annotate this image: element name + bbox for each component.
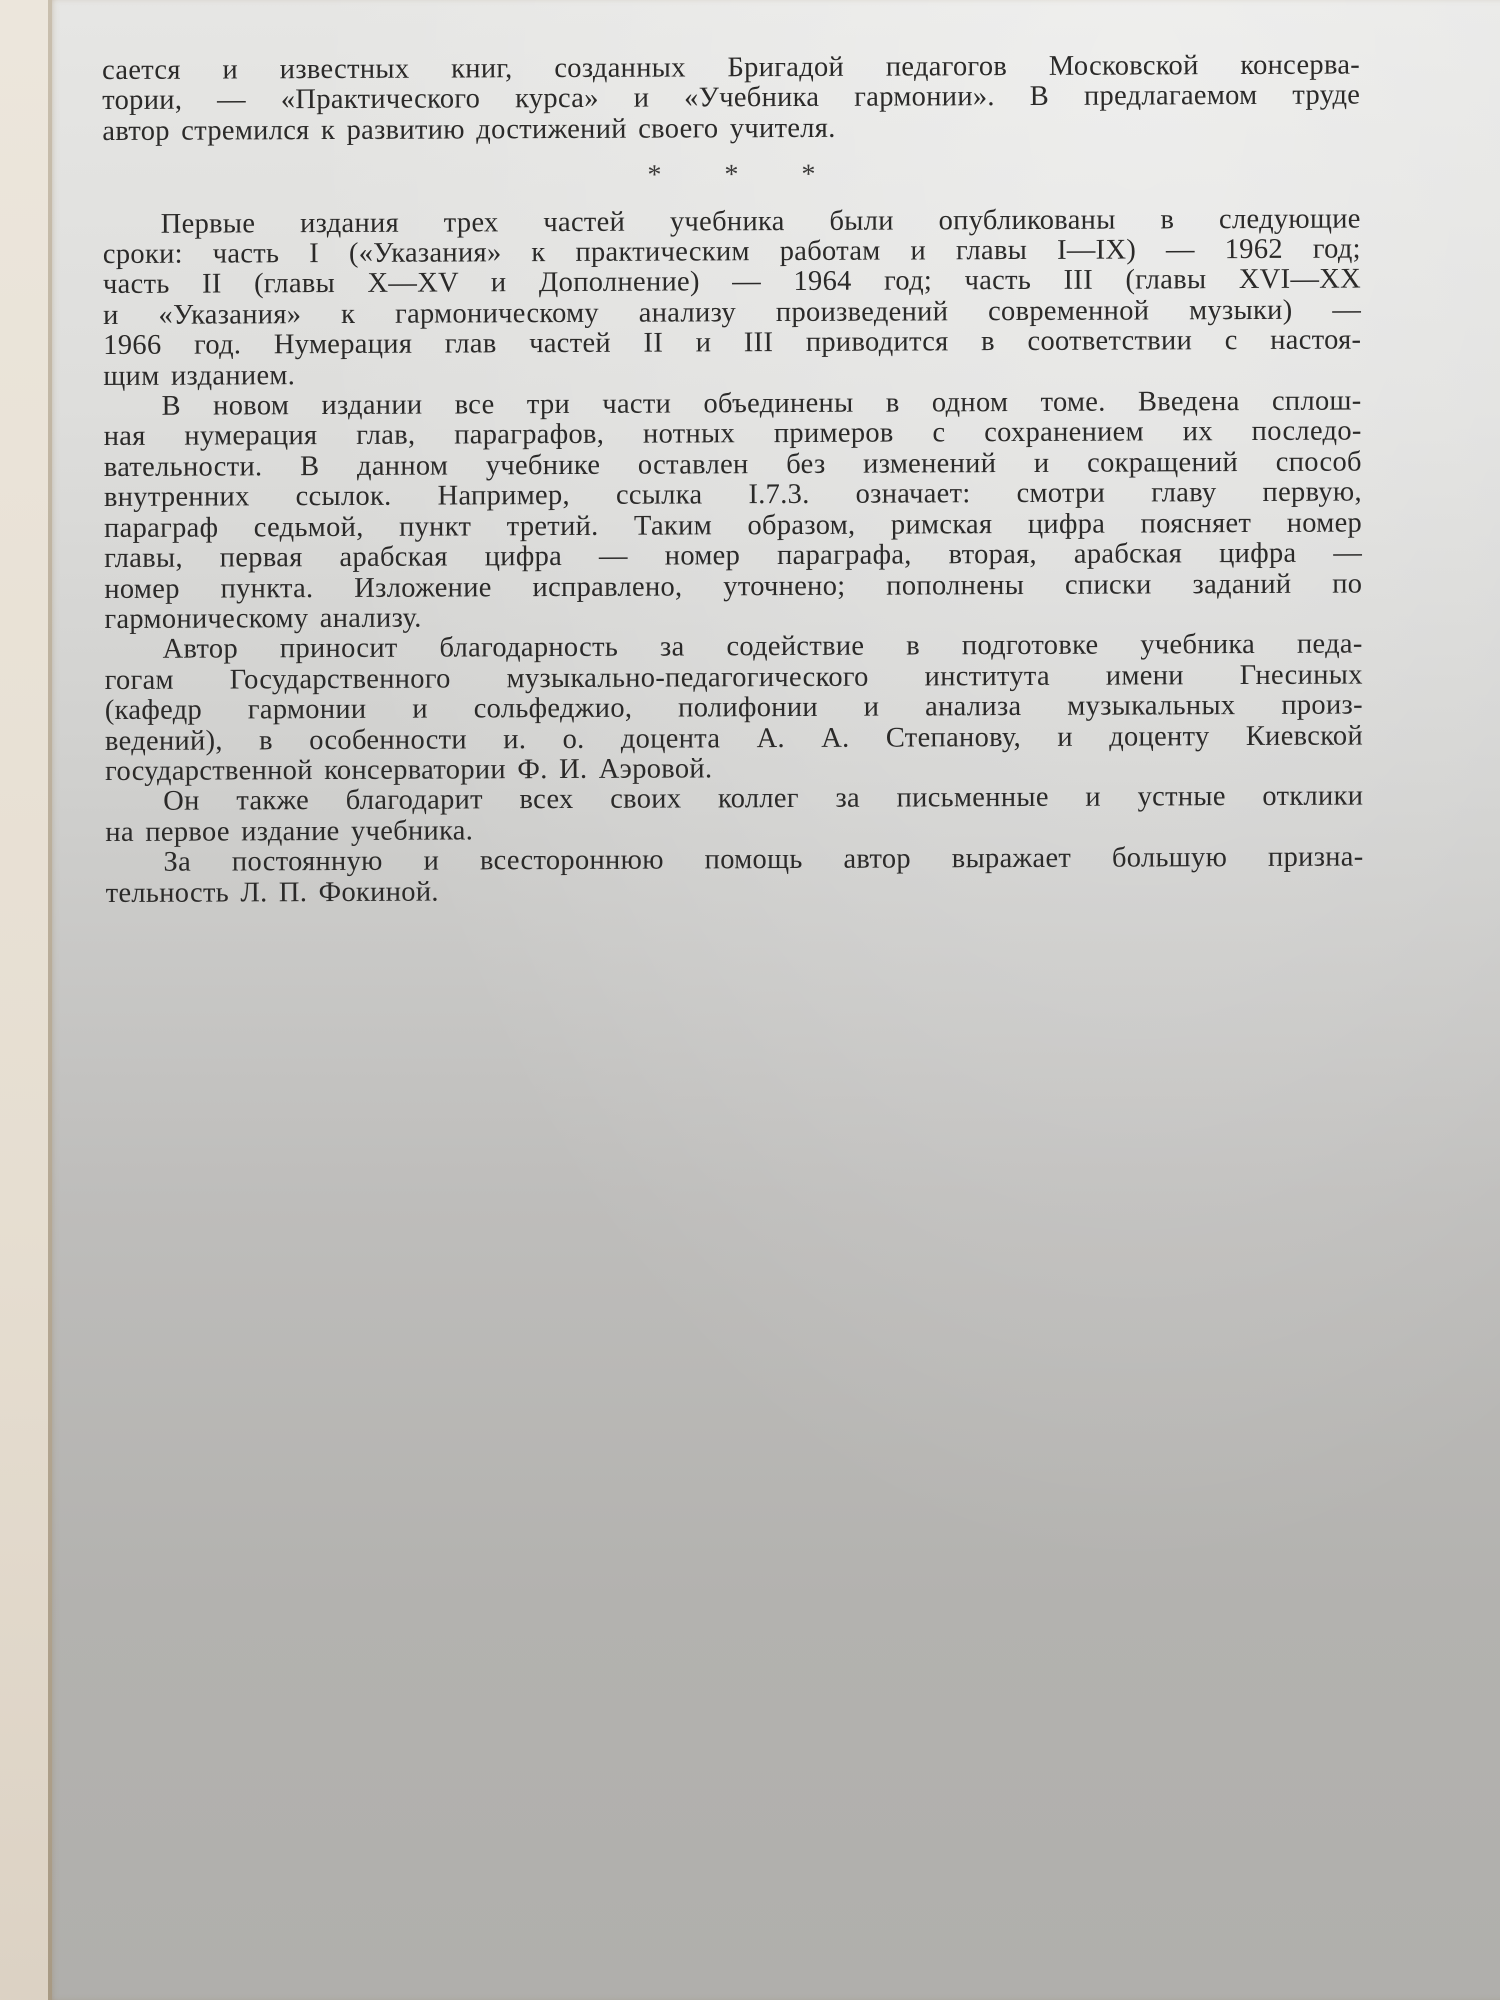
- text-line: Он также благодарит всех своих коллег за…: [105, 782, 1363, 818]
- text-line: ведений), в особенности и. о. доцента А.…: [105, 721, 1363, 757]
- paragraph-colleagues: Он также благодарит всех своих коллег за…: [105, 782, 1363, 848]
- paragraph-acknowledgements: Автор приносит благодарность за содейств…: [105, 630, 1364, 788]
- page-text-block: сается и известных книг, созданных Брига…: [102, 51, 1364, 909]
- text-line: 1966 год. Нумерация глав частей II и III…: [103, 326, 1361, 362]
- text-line: номер пункта. Изложение исправлено, уточ…: [104, 569, 1362, 605]
- paragraph-continuation: сается и известных книг, созданных Брига…: [102, 51, 1360, 148]
- text-line: За постоянную и всестороннюю помощь авто…: [105, 843, 1363, 879]
- text-line: тории, — «Практического курса» и «Учебни…: [102, 81, 1360, 117]
- text-line: тельность Л. П. Фокиной.: [106, 873, 1364, 909]
- adjacent-page-edge: [0, 0, 50, 2000]
- section-separator-asterisks: * * *: [102, 158, 1360, 194]
- page-gutter-shadow: [48, 0, 52, 2000]
- text-line: автор стремился к развитию достижений св…: [102, 111, 1360, 147]
- paragraph-gratitude: За постоянную и всестороннюю помощь авто…: [105, 843, 1363, 909]
- paragraph-new-edition: В новом издании все три части объединены…: [103, 387, 1362, 636]
- paragraph-first-editions: Первые издания трех частей учебника были…: [103, 204, 1362, 392]
